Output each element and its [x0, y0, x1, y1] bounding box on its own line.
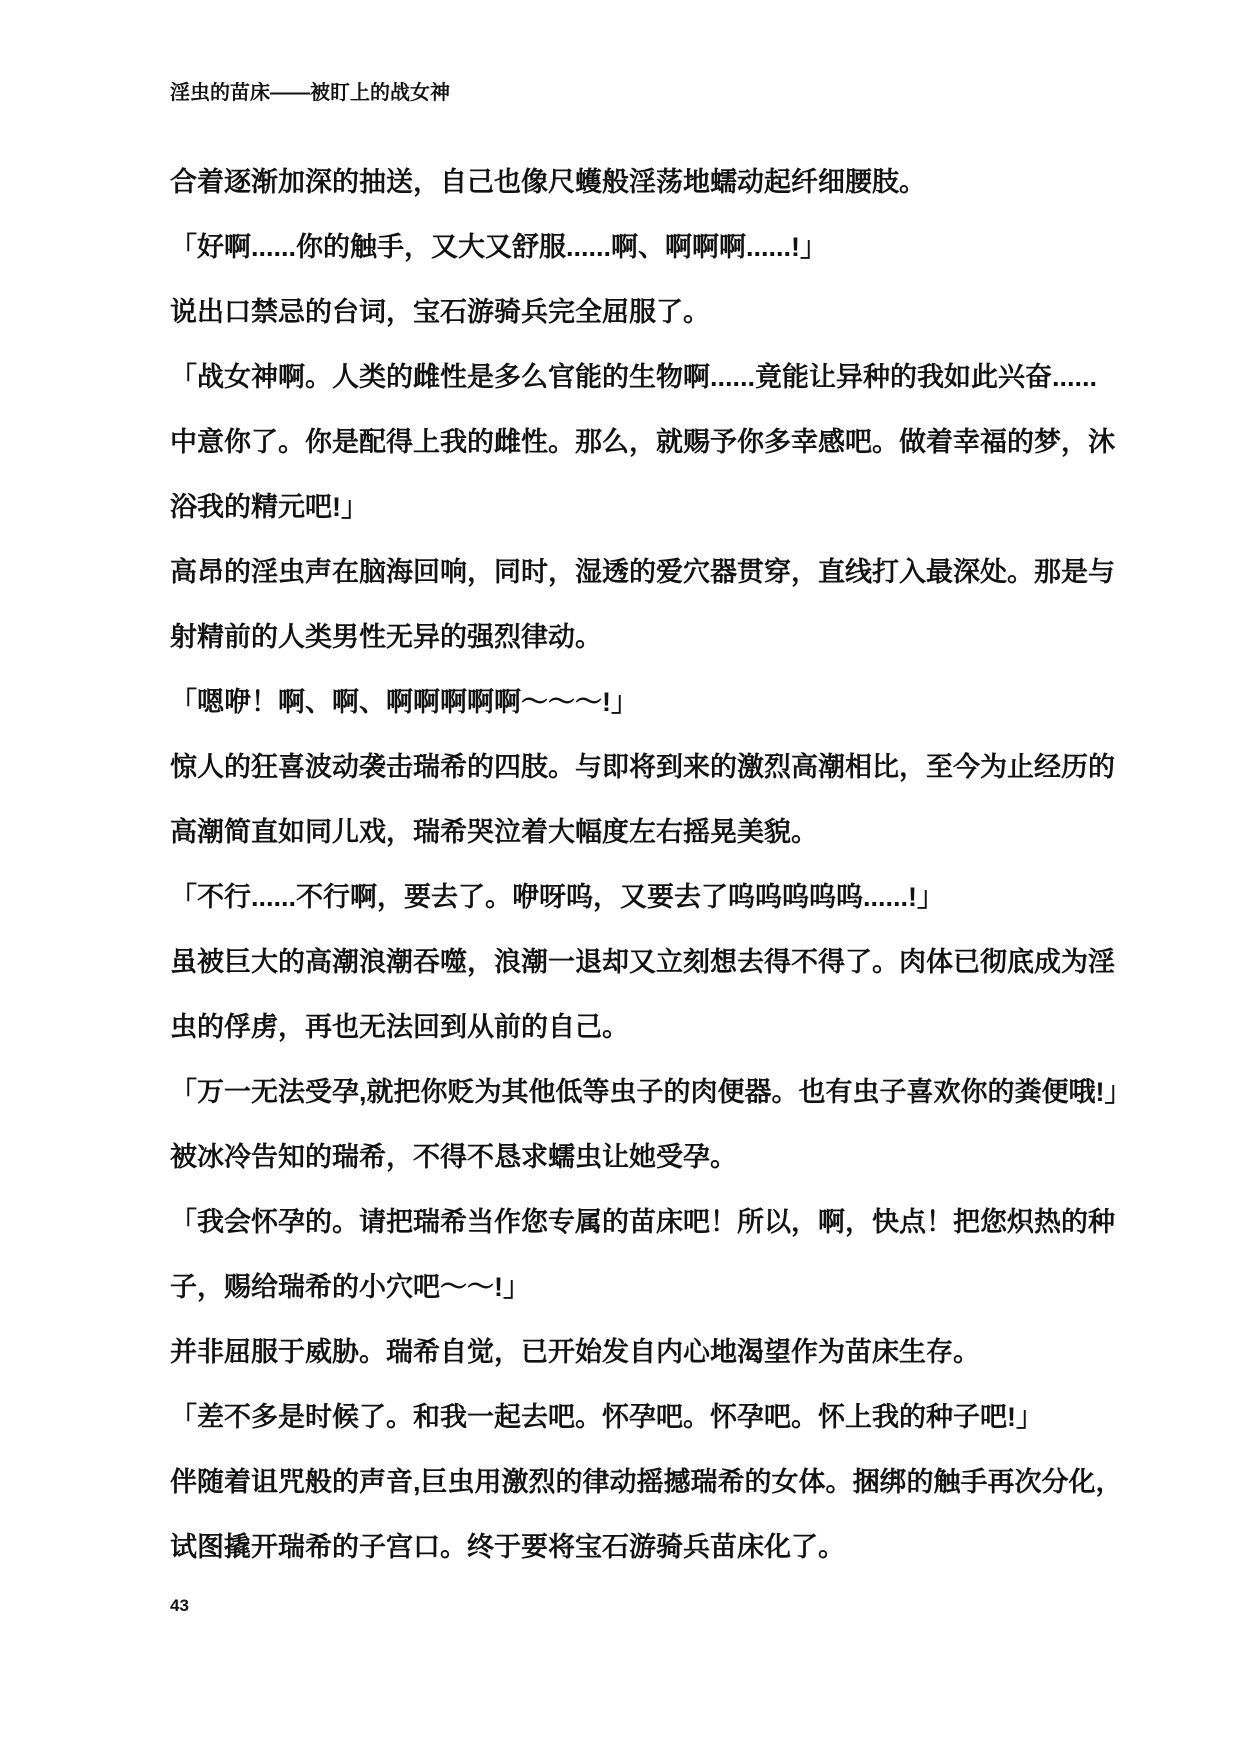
text-line: 「不行......不行啊，要去了。咿呀呜，又要去了呜呜呜呜呜......!」 — [170, 865, 1090, 930]
text-line: 「差不多是时候了。和我一起去吧。怀孕吧。怀孕吧。怀上我的种子吧!」 — [170, 1385, 1090, 1450]
text-line: 说出口禁忌的台词，宝石游骑兵完全屈服了。 — [170, 280, 1090, 345]
text-line: 伴随着诅咒般的声音,巨虫用激烈的律动摇撼瑞希的女体。捆绑的触手再次分化， — [170, 1450, 1090, 1515]
text-line: 试图撬开瑞希的子宫口。终于要将宝石游骑兵苗床化了。 — [170, 1515, 1090, 1580]
text-line: 中意你了。你是配得上我的雌性。那么，就赐予你多幸感吧。做着幸福的梦，沐 — [170, 410, 1090, 475]
body-text: 合着逐渐加深的抽送，自己也像尺蠖般淫荡地蠕动起纤细腰肢。 「好啊......你的… — [170, 150, 1090, 1580]
text-line: 惊人的狂喜波动袭击瑞希的四肢。与即将到来的激烈高潮相比，至今为止经历的 — [170, 735, 1090, 800]
text-line: 「战女神啊。人类的雌性是多么官能的生物啊......竟能让异种的我如此兴奋...… — [170, 345, 1090, 410]
text-line: 高昂的淫虫声在脑海回响，同时，湿透的爱穴器贯穿，直线打入最深处。那是与 — [170, 540, 1090, 605]
text-line: 并非屈服于威胁。瑞希自觉，已开始发自内心地渴望作为苗床生存。 — [170, 1320, 1090, 1385]
text-line: 「好啊......你的触手，又大又舒服......啊、啊啊啊......!」 — [170, 215, 1090, 280]
text-line: 高潮简直如同儿戏，瑞希哭泣着大幅度左右摇晃美貌。 — [170, 800, 1090, 865]
page-number: 43 — [170, 1596, 189, 1616]
text-line: 「我会怀孕的。请把瑞希当作您专属的苗床吧！所以，啊，快点！把您炽热的种 — [170, 1190, 1090, 1255]
text-line: 浴我的精元吧!」 — [170, 475, 1090, 540]
document-page: 淫虫的苗床——被盯上的战女神 合着逐渐加深的抽送，自己也像尺蠖般淫荡地蠕动起纤细… — [0, 0, 1240, 1753]
text-line: 合着逐渐加深的抽送，自己也像尺蠖般淫荡地蠕动起纤细腰肢。 — [170, 150, 1090, 215]
text-line: 「万一无法受孕,就把你贬为其他低等虫子的肉便器。也有虫子喜欢你的粪便哦!」 — [170, 1060, 1090, 1125]
text-line: 虫的俘虏，再也无法回到从前的自己。 — [170, 995, 1090, 1060]
text-line: 虽被巨大的高潮浪潮吞噬，浪潮一退却又立刻想去得不得了。肉体已彻底成为淫 — [170, 930, 1090, 995]
text-line: 子，赐给瑞希的小穴吧～～!」 — [170, 1255, 1090, 1320]
text-line: 「嗯咿！啊、啊、啊啊啊啊啊～～～!」 — [170, 670, 1090, 735]
page-header-title: 淫虫的苗床——被盯上的战女神 — [170, 76, 450, 105]
text-line: 被冰冷告知的瑞希，不得不恳求蠕虫让她受孕。 — [170, 1125, 1090, 1190]
text-line: 射精前的人类男性无异的强烈律动。 — [170, 605, 1090, 670]
